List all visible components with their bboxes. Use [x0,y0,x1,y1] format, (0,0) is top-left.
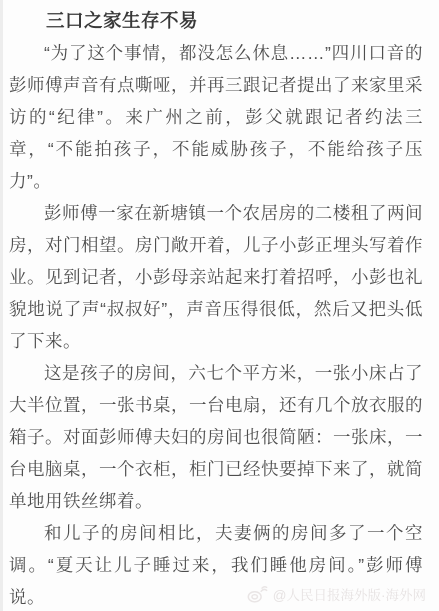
watermark-text: @人民日报海外版·海外网 [273,584,426,604]
article-page: 三口之家生存不易 “为了这个事情，都没怎么休息……”四川口音的彭师傅声音有点嘶哑… [0,0,439,611]
weibo-icon [246,585,268,604]
article-paragraph: 彭师傅一家在新塘镇一个农居房的二楼租了两间房，对门相望。房门敞开着，儿子小彭正埋… [9,197,423,357]
article-title: 三口之家生存不易 [46,5,423,37]
article-content: 三口之家生存不易 “为了这个事情，都没怎么休息……”四川口音的彭师傅声音有点嘶哑… [3,0,439,611]
watermark: @人民日报海外版·海外网 [246,584,426,604]
article-paragraph: 这是孩子的房间，六七个平方米，一张小床占了大半位置，一张书桌，一台电扇，还有几个… [9,357,423,517]
article-paragraph: “为了这个事情，都没怎么休息……”四川口音的彭师傅声音有点嘶哑，并再三跟记者提出… [9,37,423,197]
